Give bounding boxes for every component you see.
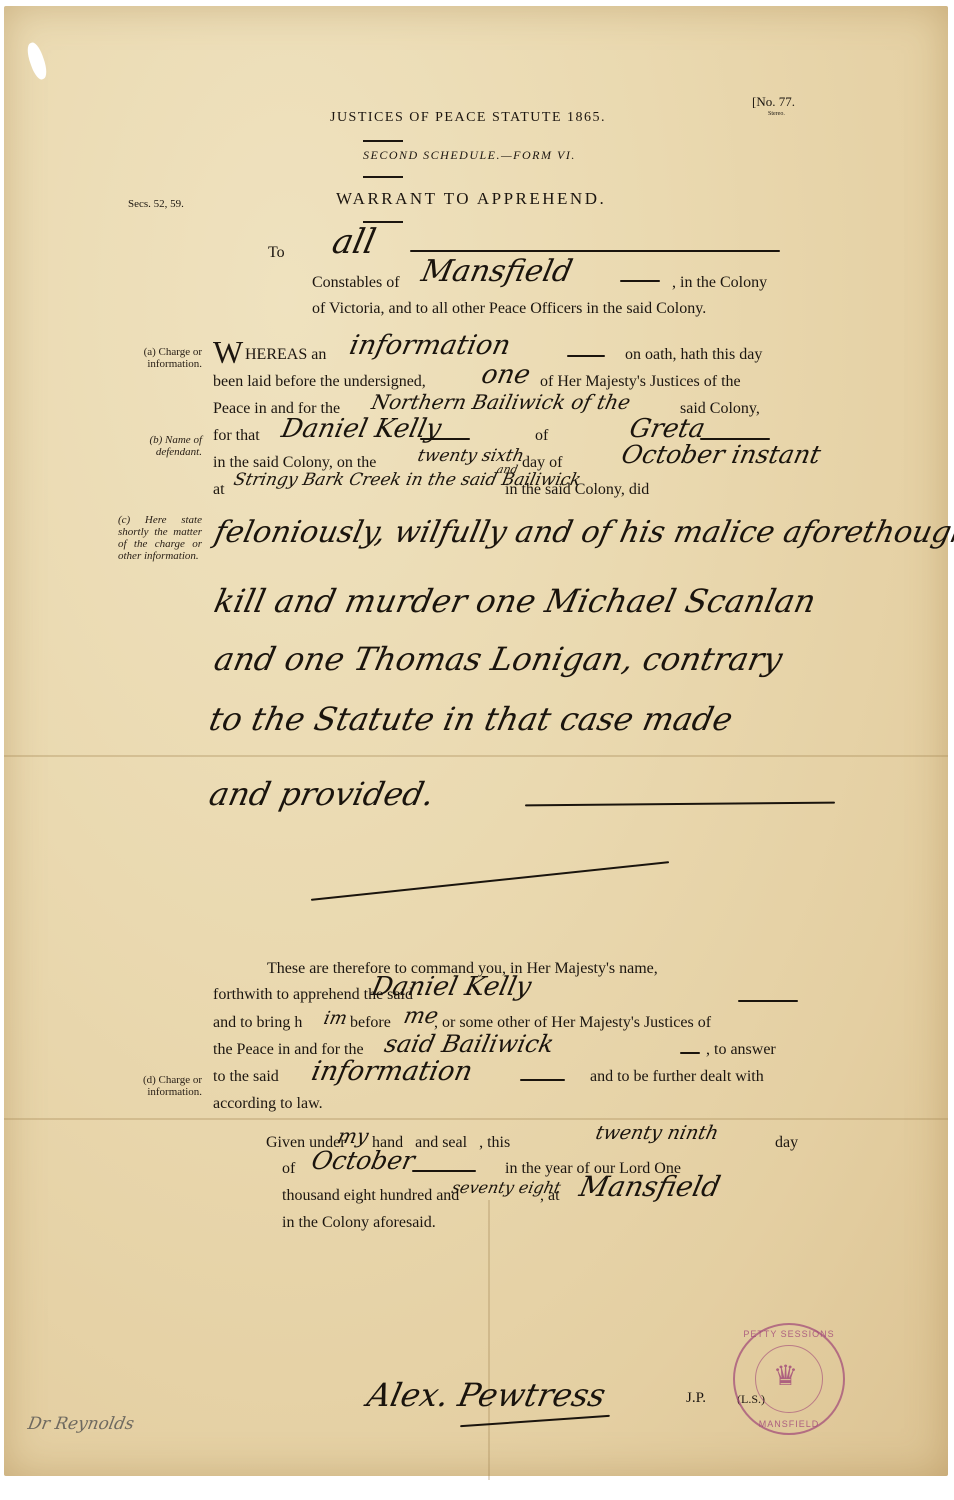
charge-line-3: and one Thomas Lonigan, contrary — [211, 640, 786, 678]
aforesaid-text: in the Colony aforesaid. — [282, 1214, 436, 1232]
stereo-note: Stereo. — [768, 111, 785, 117]
schedule-title: SECOND SCHEDULE.—FORM VI. — [363, 148, 576, 163]
on-oath-text: on oath, hath this day — [625, 346, 762, 364]
address-line-3: of Victoria, and to all other Peace Offi… — [312, 300, 706, 318]
document-paper — [4, 6, 948, 1476]
charge-line-5: and provided. — [206, 775, 438, 813]
of-label: of — [282, 1160, 295, 1178]
command-line-6: according to law. — [213, 1095, 323, 1113]
crown-icon: ♛ — [773, 1359, 798, 1393]
charge-line-2: kill and murder one Michael Scanlan — [211, 582, 819, 620]
charge-line-4: to the Statute in that case made — [206, 700, 736, 738]
signed-day-value: twenty ninth — [594, 1122, 721, 1144]
of-label: of — [535, 427, 548, 445]
pencil-annotation: Dr Reynolds — [26, 1414, 135, 1434]
him-value: im — [322, 1008, 349, 1029]
bailiwick-answer-value: said Bailiwick — [382, 1030, 556, 1058]
and-insert: and — [496, 463, 519, 476]
command-line-5: to the said — [213, 1068, 279, 1086]
fold-line — [488, 1200, 490, 1480]
command-line-3: and to bring h — [213, 1014, 302, 1032]
jp-label: J.P. — [686, 1390, 706, 1407]
divider — [363, 176, 403, 178]
charge-line-1: feloniously, wilfully and of his malice … — [211, 515, 954, 550]
whereas-lead: HEREAS an — [245, 346, 326, 364]
dealt-with-text: and to be further dealt with — [590, 1068, 764, 1086]
laid-before-text: been laid before the undersigned, — [213, 373, 426, 391]
justice-signature: Alex. Pewtress — [364, 1376, 609, 1414]
fill-line — [620, 280, 660, 282]
drop-cap: W — [213, 334, 243, 371]
before-text: before — [350, 1014, 391, 1032]
divider — [363, 140, 403, 142]
statute-title: JUSTICES OF PEACE STATUTE 1865. — [330, 110, 606, 126]
sections-ref: Secs. 52, 59. — [128, 198, 184, 210]
signed-place-value: Mansfield — [576, 1170, 723, 1203]
fill-line — [420, 438, 470, 440]
colony-suffix: , in the Colony — [672, 274, 767, 292]
stamp-top-text: PETTY SESSIONS — [735, 1329, 843, 1339]
one-value: one — [479, 360, 533, 390]
thousand-text: thousand eight hundred and — [282, 1187, 459, 1205]
to-label: To — [268, 244, 285, 262]
fill-line — [567, 355, 605, 357]
fill-line — [410, 250, 780, 252]
constable-place-value: Mansfield — [418, 254, 575, 289]
form-number: [No. 77. — [752, 94, 795, 110]
day-label: day — [775, 1134, 798, 1152]
at-text: , at — [540, 1187, 560, 1205]
offence-month-value: October instant — [619, 440, 823, 469]
fill-line — [412, 1170, 476, 1172]
to-answer-text: , to answer — [706, 1041, 776, 1059]
bailiwick-value: Northern Bailiwick of the — [369, 390, 632, 414]
fill-line — [520, 1079, 565, 1081]
my-value: my — [335, 1124, 370, 1148]
signed-month-value: October — [309, 1146, 418, 1175]
fill-line — [738, 1000, 798, 1002]
answer-charge-value: information — [309, 1056, 476, 1087]
constable-label: Constables of — [312, 274, 400, 292]
document-title: WARRANT TO APPREHEND. — [336, 189, 606, 209]
margin-note-d: (d) Charge or information. — [118, 1074, 202, 1098]
justices-text: of Her Majesty's Justices of the — [540, 373, 741, 391]
fold-line — [4, 1118, 948, 1120]
fold-line — [4, 755, 948, 757]
stamp-bottom-text: MANSFIELD — [735, 1419, 843, 1429]
apprehend-name-value: Daniel Kelly — [369, 972, 534, 1002]
margin-note-a: (a) Charge or information. — [118, 346, 202, 370]
at-label: at — [213, 481, 225, 499]
did-text: in the said Colony, did — [505, 481, 649, 499]
margin-note-c: (c) Here state shortly the matter of the… — [118, 514, 202, 562]
charge-value: information — [347, 330, 514, 361]
addressee-value: all — [329, 222, 380, 262]
for-that-text: for that — [213, 427, 260, 445]
petty-sessions-stamp: PETTY SESSIONS ♛ MANSFIELD — [733, 1323, 845, 1435]
margin-note-b: (b) Name of defendant. — [118, 434, 202, 458]
fill-line — [680, 1052, 700, 1054]
